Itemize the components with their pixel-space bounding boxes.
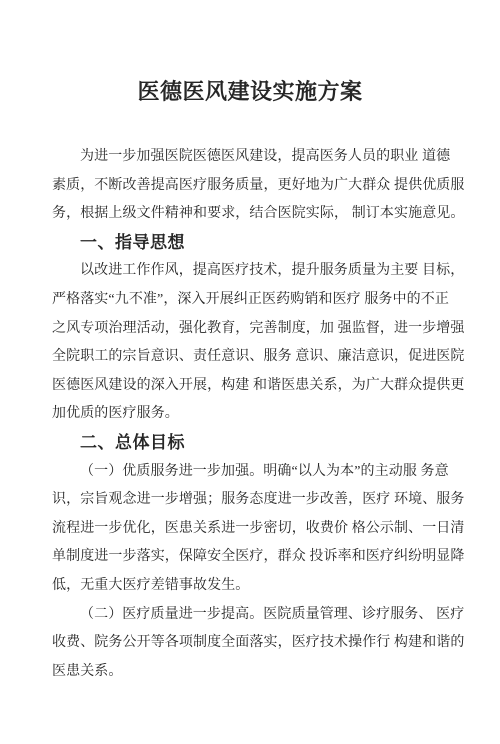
paragraph-line: 以改进工作作风，提高医疗技术，提升服务质量为主要 目标， — [52, 257, 464, 286]
paragraph-line: 全院职工的宗旨意识、责任意识、服务 意识、廉洁意识，促进医院 — [52, 343, 464, 372]
paragraph-line: 识，宗旨观念进一步增强；服务态度进一步改善，医疗 环境、服务 — [52, 486, 464, 515]
paragraph-line: 单制度进一步落实，保障安全医疗，群众 投诉率和医疗纠纷明显降 — [52, 543, 464, 572]
document-body: 为进一步加强医院医德医风建设，提高医务人员的职业 道德 素质，不断改善提高医疗服… — [0, 143, 500, 686]
paragraph-line: 医患关系。 — [52, 658, 464, 687]
paragraph-line: 低，无重大医疗差错事故发生。 — [52, 572, 464, 601]
section-heading-2: 二、总体目标 — [52, 429, 464, 458]
paragraph-line: 流程进一步优化，医患关系进一步密切，收费价 格公示制、一日清 — [52, 515, 464, 544]
paragraph-line: （二）医疗质量进一步提高。医院质量管理、诊疗服务、 医疗 — [52, 601, 464, 630]
paragraph-line: 收费、院务公开等各项制度全面落实，医疗技术操作行 构建和谐的 — [52, 629, 464, 658]
document-page: 医德医风建设实施方案 为进一步加强医院医德医风建设，提高医务人员的职业 道德 素… — [0, 0, 500, 744]
paragraph-line: 之风专项治理活动，强化教育，完善制度，加 强监督，进一步增强 — [52, 315, 464, 344]
paragraph-line: 务，根据上级文件精神和要求，结合医院实际， 制订本实施意见。 — [52, 200, 464, 229]
section-heading-1: 一、指导思想 — [52, 229, 464, 258]
paragraph-line: 为进一步加强医院医德医风建设，提高医务人员的职业 道德 — [52, 143, 464, 172]
paragraph-line: 严格落实“九不准”，深入开展纠正医药购销和医疗 服务中的不正 — [52, 286, 464, 315]
paragraph-line: （一）优质服务进一步加强。明确“以人为本”的主动服 务意 — [52, 458, 464, 487]
page-title: 医德医风建设实施方案 — [0, 79, 500, 105]
paragraph-line: 加优质的医疗服务。 — [52, 400, 464, 429]
paragraph-line: 医德医风建设的深入开展，构建 和谐医患关系，为广大群众提供更 — [52, 372, 464, 401]
paragraph-line: 素质，不断改善提高医疗服务质量，更好地为广大群众 提供优质服 — [52, 172, 464, 201]
